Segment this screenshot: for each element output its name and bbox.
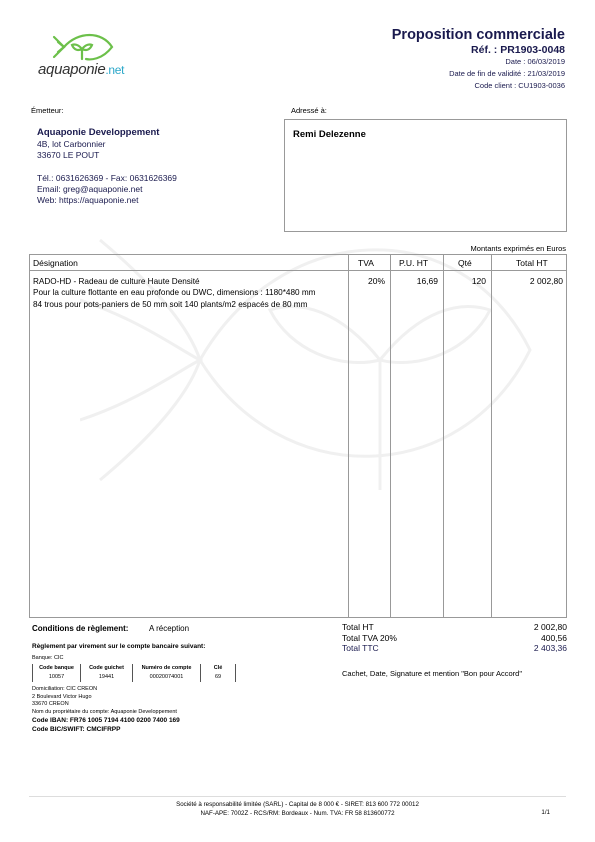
account-number-cell: Numéro de compte 00020074001 — [132, 664, 200, 682]
logo-wordmark: aquaponie.net — [38, 61, 124, 78]
recipient-name: Remi Delezenne — [293, 129, 558, 140]
domiciliation: Domiciliation: CIC CREON — [32, 686, 180, 694]
total-ttc-label: Total TTC — [342, 643, 379, 654]
total-tva-value: 400,56 — [541, 633, 567, 644]
bank-address-2: 33670 CREON — [32, 701, 180, 709]
transfer-label: Règlement par virement sur le compte ban… — [32, 643, 205, 650]
company-logo: aquaponie.net — [50, 33, 140, 88]
validity-date: Date de fin de validité : 21/03/2019 — [392, 68, 565, 80]
column-total-ht: Total HT — [516, 258, 548, 268]
totals-block: Total HT 2 002,80 Total TVA 20% 400,56 T… — [342, 622, 567, 654]
table-header: Désignation TVA P.U. HT Qté Total HT — [30, 255, 566, 271]
document-title: Proposition commerciale — [392, 27, 565, 43]
item-total: 2 002,80 — [530, 276, 563, 286]
total-ttc-row: Total TTC 2 403,36 — [342, 643, 567, 654]
total-ht-row: Total HT 2 002,80 — [342, 622, 567, 633]
items-table: Désignation TVA P.U. HT Qté Total HT RAD… — [29, 254, 567, 618]
column-unit-price: P.U. HT — [399, 258, 428, 268]
footer-divider — [29, 796, 566, 797]
iban: Code IBAN: FR76 1005 7194 4100 0200 7400… — [32, 716, 180, 725]
total-tva-row: Total TVA 20% 400,56 — [342, 633, 567, 644]
payment-conditions-label: Conditions de règlement: — [32, 624, 128, 633]
footer-line-2: NAF-APE: 7002Z - RCS/RM: Bordeaux - Num.… — [0, 809, 595, 818]
item-tva: 20% — [368, 276, 385, 286]
page-number: 1/1 — [541, 809, 550, 816]
fish-logo-icon — [50, 33, 120, 61]
bank-code-value: 10057 — [37, 673, 76, 682]
client-code: Code client : CU1903-0036 — [392, 80, 565, 92]
logo-suffix: .net — [105, 63, 124, 77]
sender-email[interactable]: Email: greg@aquaponie.net — [37, 184, 271, 195]
legal-footer: Société à responsabilité limitée (SARL) … — [0, 800, 595, 818]
signature-note: Cachet, Date, Signature et mention "Bon … — [342, 669, 522, 678]
branch-code-cell: Code guichet 19441 — [80, 664, 132, 682]
item-description-1: Pour la culture flottante en eau profond… — [33, 287, 315, 298]
account-owner: Nom du propriétaire du compte: Aquaponie… — [32, 709, 180, 717]
table-row-designation: RADO-HD - Radeau de culture Haute Densit… — [33, 276, 315, 310]
bic-swift: Code BIC/SWIFT: CMCIFRPP — [32, 725, 180, 734]
bank-name: Banque: CIC — [32, 655, 64, 661]
total-tva-label: Total TVA 20% — [342, 633, 397, 644]
sender-name: Aquaponie Developpement — [37, 127, 271, 138]
recipient-block: Remi Delezenne — [284, 119, 567, 232]
key-cell: Clé 69 — [200, 664, 236, 682]
total-ht-label: Total HT — [342, 622, 374, 633]
bank-address-1: 2 Boulevard Victor Hugo — [32, 694, 180, 702]
logo-word: aquaponie — [38, 61, 105, 78]
account-number-value: 00020074001 — [137, 673, 196, 682]
branch-code-label: Code guichet — [85, 664, 128, 673]
sender-label: Émetteur: — [31, 106, 64, 115]
account-number-label: Numéro de compte — [137, 664, 196, 673]
total-ht-value: 2 002,80 — [534, 622, 567, 633]
item-title: RADO-HD - Radeau de culture Haute Densit… — [33, 276, 315, 287]
column-designation: Désignation — [33, 258, 78, 268]
sender-address-1: 4B, lot Carbonnier — [37, 139, 271, 150]
bank-domiciliation: Domiciliation: CIC CREON 2 Boulevard Vic… — [32, 686, 180, 734]
payment-conditions-value: A réception — [149, 624, 189, 633]
sender-web[interactable]: Web: https://aquaponie.net — [37, 195, 271, 206]
sender-address-2: 33670 LE POUT — [37, 150, 271, 161]
footer-line-1: Société à responsabilité limitée (SARL) … — [0, 800, 595, 809]
sender-block: Aquaponie Developpement 4B, lot Carbonni… — [29, 119, 279, 209]
column-tva: TVA — [358, 258, 374, 268]
sender-phone: Tél.: 0631626369 - Fax: 0631626369 — [37, 173, 271, 184]
recipient-label: Adressé à: — [291, 106, 327, 115]
key-value: 69 — [205, 673, 231, 682]
bank-code-cell: Code banque 10057 — [32, 664, 80, 682]
document-date: Date : 06/03/2019 — [392, 56, 565, 68]
item-unit-price: 16,69 — [417, 276, 438, 286]
key-label: Clé — [205, 664, 231, 673]
column-quantity: Qté — [458, 258, 472, 268]
item-description-2: 84 trous pour pots-paniers de 50 mm soit… — [33, 299, 315, 310]
document-reference: Réf. : PR1903-0048 — [392, 44, 565, 56]
payment-conditions: Conditions de règlement: A réception — [32, 624, 128, 633]
item-quantity: 120 — [472, 276, 486, 286]
branch-code-value: 19441 — [85, 673, 128, 682]
total-ttc-value: 2 403,36 — [534, 643, 567, 654]
currency-note: Montants exprimés en Euros — [471, 244, 566, 253]
bank-code-label: Code banque — [37, 664, 76, 673]
bank-details-table: Code banque 10057 Code guichet 19441 Num… — [32, 664, 236, 682]
document-header: Proposition commerciale Réf. : PR1903-00… — [392, 27, 565, 92]
